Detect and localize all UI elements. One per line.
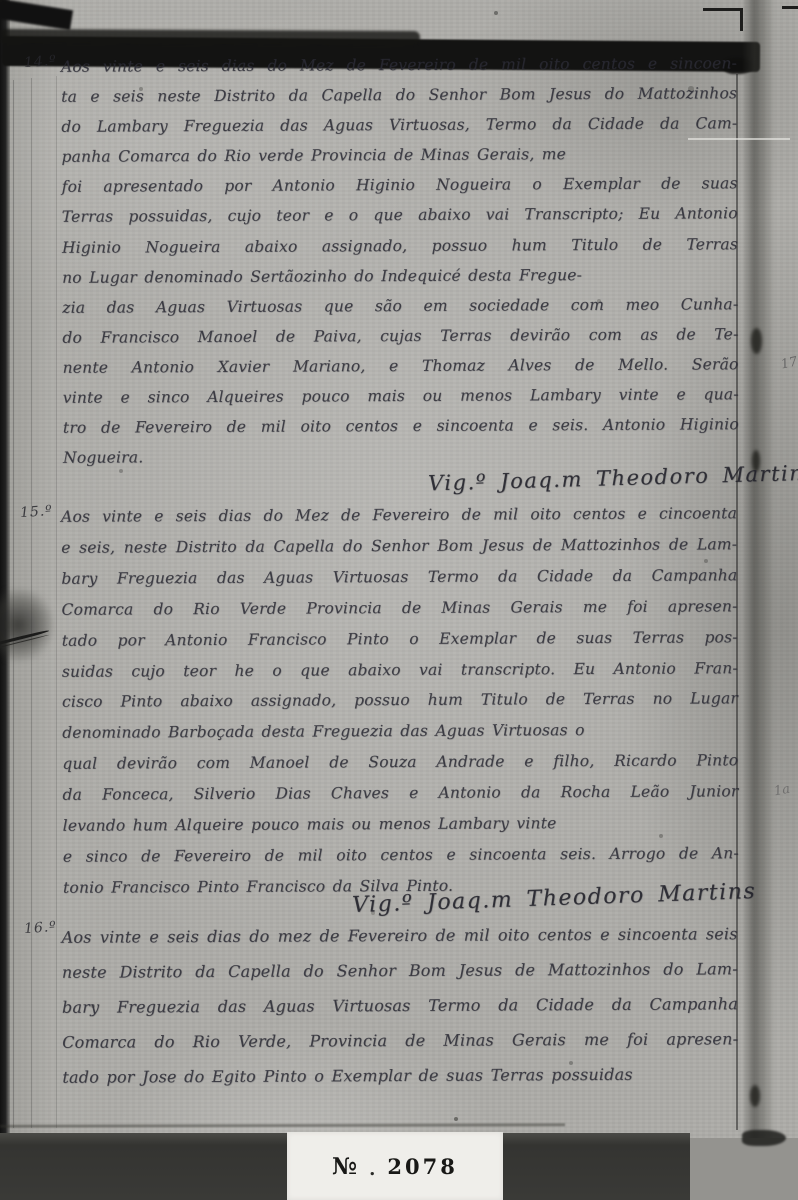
manuscript-line: Terras possuidas, cujo teor e o que abai… [62, 199, 738, 233]
scanned-page: 14.º 15.º 16.º Aos vinte e seis dias do … [0, 0, 798, 1200]
top-edge-band-secondary [0, 29, 420, 45]
crop-mark-icon [703, 8, 743, 31]
manuscript-line: Aos vinte e seis dias do Mez de Fevereir… [61, 498, 737, 532]
manuscript-line: panha Comarca do Rio verde Provincia de … [61, 139, 737, 173]
entry-14: Aos vinte e seis dias do Mez de Fevereir… [61, 48, 739, 473]
manuscript-line: cisco Pinto abaixo assignado, possuo hum… [62, 684, 738, 718]
manuscript-line: e seis, neste Distrito da Capella do Sen… [61, 529, 737, 563]
numero-symbol: № [332, 1153, 357, 1180]
manuscript-line: tado por Antonio Francisco Pinto o Exemp… [62, 622, 738, 656]
bottom-smudge-line [0, 1123, 565, 1127]
binding-shadow [742, 0, 774, 1200]
bottom-ink-blot [742, 1130, 786, 1146]
manuscript-line: ta e seis neste Distrito da Capella do S… [61, 78, 737, 112]
manuscript-line: neste Distrito da Capella do Senhor Bom … [62, 951, 738, 990]
manuscript-line: tado por Jose do Egito Pinto o Exemplar … [62, 1056, 738, 1095]
bottom-edge-band-left [0, 1133, 287, 1200]
top-left-corner-shadow [0, 0, 73, 30]
manuscript-line: qual devirão com Manoel de Souza Andrade… [62, 745, 738, 779]
manuscript-line: Aos vinte e seis dias do mez de Fevereir… [62, 916, 738, 955]
bottom-edge-gray-area [690, 1138, 798, 1200]
manuscript-line: zia das Aguas Virtuosas que são em socie… [62, 289, 738, 323]
margin-fragment-upper: 17 [780, 354, 798, 372]
manuscript-line: suidas cujo teor he o que abaixo vai tra… [62, 653, 738, 687]
manuscript-line: nente Antonio Xavier Mariano, e Thomaz A… [62, 349, 738, 383]
entry-number-16: 16.º [23, 919, 57, 937]
manuscript-line: foi apresentado por Antonio Higinio Nogu… [62, 169, 738, 203]
entry-number-14: 14.º [23, 53, 57, 71]
manuscript-line: do Lambary Freguezia das Aguas Virtuosas… [61, 108, 737, 142]
manuscript-line: Aos vinte e seis dias do Mez de Fevereir… [61, 48, 737, 82]
manuscript-line: bary Freguezia das Aguas Virtuosas Termo… [61, 560, 737, 594]
entry-number-15: 15.º [19, 503, 53, 521]
margin-rule-line [56, 76, 57, 1128]
registry-number-stamp: № . 2078 [287, 1132, 503, 1200]
manuscript-line: levando hum Alqueire pouco mais ou menos… [63, 807, 739, 841]
manuscript-line: Comarca do Rio Verde, Provincia de Minas… [62, 1021, 738, 1060]
manuscript-line: tro de Fevereiro de mil oito centos e si… [63, 409, 739, 443]
ink-speckles [0, 0, 2, 2]
manuscript-line: e sinco de Fevereiro de mil oito centos … [63, 838, 739, 872]
manuscript-line: do Francisco Manoel de Paiva, cujas Terr… [62, 319, 738, 353]
margin-fragment-lower: 1a [773, 782, 791, 800]
entry-15: Aos vinte e seis dias do Mez de Fevereir… [61, 498, 739, 903]
manuscript-line: Comarca do Rio Verde Provincia de Minas … [61, 591, 737, 625]
manuscript-line: Higinio Nogueira abaixo assignado, possu… [62, 229, 738, 263]
manuscript-line: denominado Barboçada desta Freguezia das… [62, 715, 738, 749]
ink-spot [751, 328, 762, 354]
entry-16: Aos vinte e seis dias do mez de Fevereir… [62, 916, 739, 1095]
manuscript-line: da Fonceca, Silverio Dias Chaves e Anton… [62, 776, 738, 810]
manuscript-line: vinte e sinco Alqueires pouco mais ou me… [63, 379, 739, 413]
stamp-number: 2078 [387, 1154, 457, 1179]
stamp-dot: . [369, 1159, 375, 1180]
manuscript-line: bary Freguezia das Aguas Virtuosas Termo… [62, 986, 738, 1025]
needle-artifact-shadow [0, 586, 54, 664]
manuscript-line: no Lugar denominado Sertãozinho do Indeq… [62, 259, 738, 293]
ink-spot [750, 1085, 760, 1107]
crop-mark-icon [782, 6, 798, 31]
bottom-edge-band-right [503, 1133, 690, 1200]
